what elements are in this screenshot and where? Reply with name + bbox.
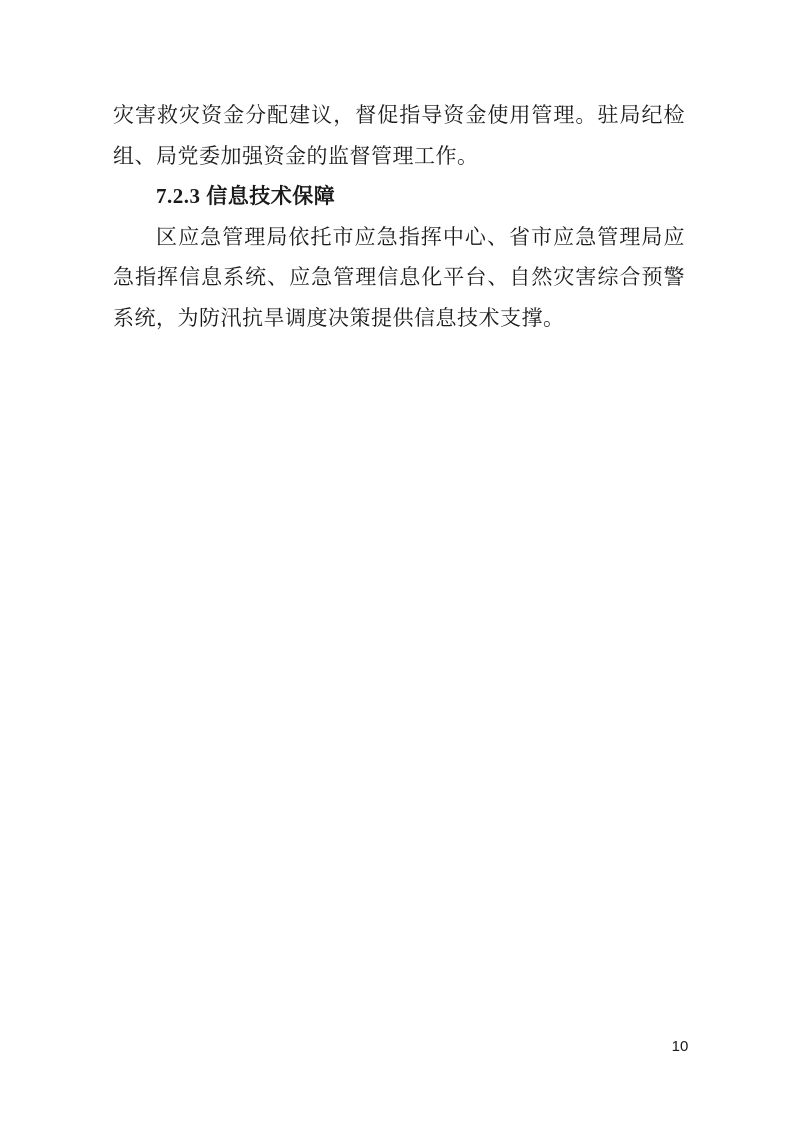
paragraph-information-technology-support: 区应急管理局依托市应急指挥中心、省市应急管理局应急指挥信息系统、应急管理信息化平… [113, 217, 685, 339]
paragraph-fund-supervision: 灾害救灾资金分配建议，督促指导资金使用管理。驻局纪检组、局党委加强资金的监督管理… [113, 95, 685, 176]
section-heading-7-2-3: 7.2.3 信息技术保障 [113, 176, 685, 217]
text-block: 灾害救灾资金分配建议，督促指导资金使用管理。驻局纪检组、局党委加强资金的监督管理… [113, 95, 685, 338]
document-page: 灾害救灾资金分配建议，督促指导资金使用管理。驻局纪检组、局党委加强资金的监督管理… [0, 0, 793, 1122]
page-number: 10 [650, 1038, 710, 1055]
